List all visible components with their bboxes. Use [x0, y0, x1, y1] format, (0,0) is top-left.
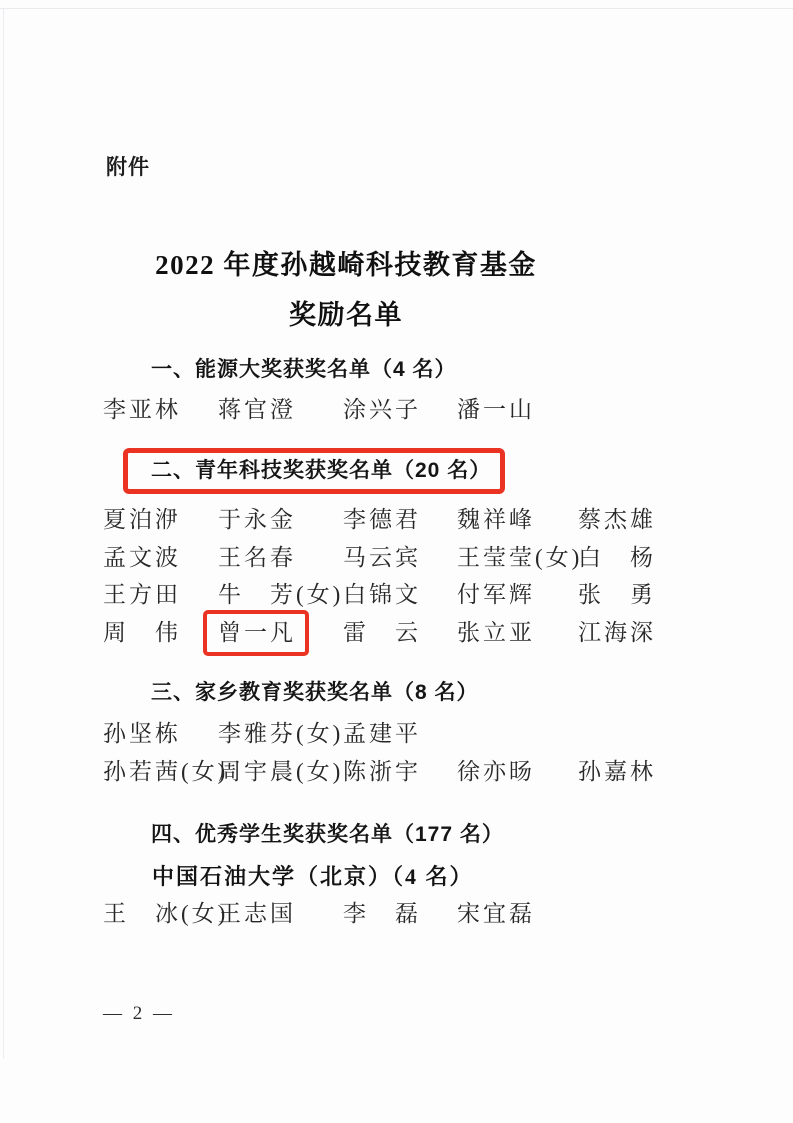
- awardee-name: 白 杨: [578, 543, 656, 581]
- awardee-name: 王名春: [218, 543, 343, 581]
- awardee-name: 夏泊洢: [103, 505, 218, 543]
- awardee-name: 白锦文: [343, 580, 457, 618]
- section-4-university-subheading: 中国石油大学（北京）（4 名）: [152, 860, 474, 891]
- awardee-name: 曾一凡: [218, 618, 343, 656]
- section-2-heading: 二、青年科技奖获奖名单（20 名）: [123, 448, 505, 494]
- awardee-name: 宋宜磊: [457, 899, 578, 937]
- awardee-name: 孟文波: [103, 543, 218, 581]
- section-3-awardee-grid: 孙坚栋李雅芬(女)孟建平孙若茜(女)周宇晨(女)陈浙宇徐亦旸孙嘉林: [100, 719, 720, 794]
- awardee-name: 魏祥峰: [457, 505, 578, 543]
- awardee-name: 王志国: [218, 899, 343, 937]
- awardee-name: 涂兴子: [343, 395, 457, 433]
- document-title-line-1: 2022 年度孙越崎科技教育基金: [100, 243, 592, 282]
- section-1-awardee-grid: 李亚林蒋官澄涂兴子潘一山: [100, 395, 720, 433]
- document-page: 附件 2022 年度孙越崎科技教育基金 奖励名单 一、能源大奖获奖名单（4 名）…: [0, 0, 793, 1123]
- awardee-name: 徐亦旸: [457, 757, 578, 795]
- highlighted-name-box: 曾一凡: [203, 610, 309, 656]
- section-3-heading: 三、家乡教育奖获奖名单（8 名）: [100, 680, 479, 706]
- awardee-name: 蔡杰雄: [578, 505, 656, 543]
- section-1-heading: 一、能源大奖获奖名单（4 名）: [100, 357, 457, 383]
- name-row: 周 伟曾一凡雷 云张立亚江海深: [100, 618, 720, 656]
- awardee-name: 王莹莹(女): [457, 543, 578, 581]
- section-4-awardee-grid: 王 冰(女)王志国李 磊宋宜磊: [100, 899, 720, 937]
- scan-edge-top: [0, 8, 793, 9]
- awardee-name: 孙嘉林: [578, 757, 656, 795]
- awardee-name: 张 勇: [578, 580, 656, 618]
- awardee-name: 李 磊: [343, 899, 457, 937]
- document-title-line-2: 奖励名单: [100, 293, 592, 332]
- awardee-name: 于永金: [218, 505, 343, 543]
- page-number: — 2 —: [103, 1003, 175, 1025]
- awardee-name: 江海深: [578, 618, 656, 656]
- awardee-name: 周 伟: [103, 618, 218, 656]
- name-row: 孙坚栋李雅芬(女)孟建平: [100, 719, 720, 757]
- awardee-name: 王 冰(女): [103, 899, 218, 937]
- name-row: 王方田牛 芳(女)白锦文付军辉张 勇: [100, 580, 720, 618]
- awardee-name: 孙若茜(女): [103, 757, 218, 795]
- awardee-name: 潘一山: [457, 395, 578, 433]
- scan-edge-left: [3, 9, 4, 1059]
- awardee-name: 孟建平: [343, 719, 457, 757]
- awardee-name: 蒋官澄: [218, 395, 343, 433]
- section-2-heading-highlight-box: 二、青年科技奖获奖名单（20 名）: [123, 448, 505, 494]
- name-row: 夏泊洢于永金李德君魏祥峰蔡杰雄: [100, 505, 720, 543]
- name-row: 李亚林蒋官澄涂兴子潘一山: [100, 395, 720, 433]
- awardee-name: 李亚林: [103, 395, 218, 433]
- awardee-name: 李雅芬(女): [218, 719, 343, 757]
- awardee-name: 李德君: [343, 505, 457, 543]
- section-2-awardee-grid: 夏泊洢于永金李德君魏祥峰蔡杰雄孟文波王名春马云宾王莹莹(女)白 杨王方田牛 芳(…: [100, 505, 720, 655]
- name-row: 孙若茜(女)周宇晨(女)陈浙宇徐亦旸孙嘉林: [100, 757, 720, 795]
- name-row: 孟文波王名春马云宾王莹莹(女)白 杨: [100, 543, 720, 581]
- awardee-name: 张立亚: [457, 618, 578, 656]
- section-4-heading: 四、优秀学生奖获奖名单（177 名）: [100, 822, 504, 848]
- awardee-name: 孙坚栋: [103, 719, 218, 757]
- awardee-name: 周宇晨(女): [218, 757, 343, 795]
- awardee-name: 陈浙宇: [343, 757, 457, 795]
- awardee-name: 马云宾: [343, 543, 457, 581]
- attachment-label: 附件: [106, 151, 150, 181]
- name-row: 王 冰(女)王志国李 磊宋宜磊: [100, 899, 720, 937]
- awardee-name: 付军辉: [457, 580, 578, 618]
- awardee-name: 王方田: [103, 580, 218, 618]
- awardee-name: 雷 云: [343, 618, 457, 656]
